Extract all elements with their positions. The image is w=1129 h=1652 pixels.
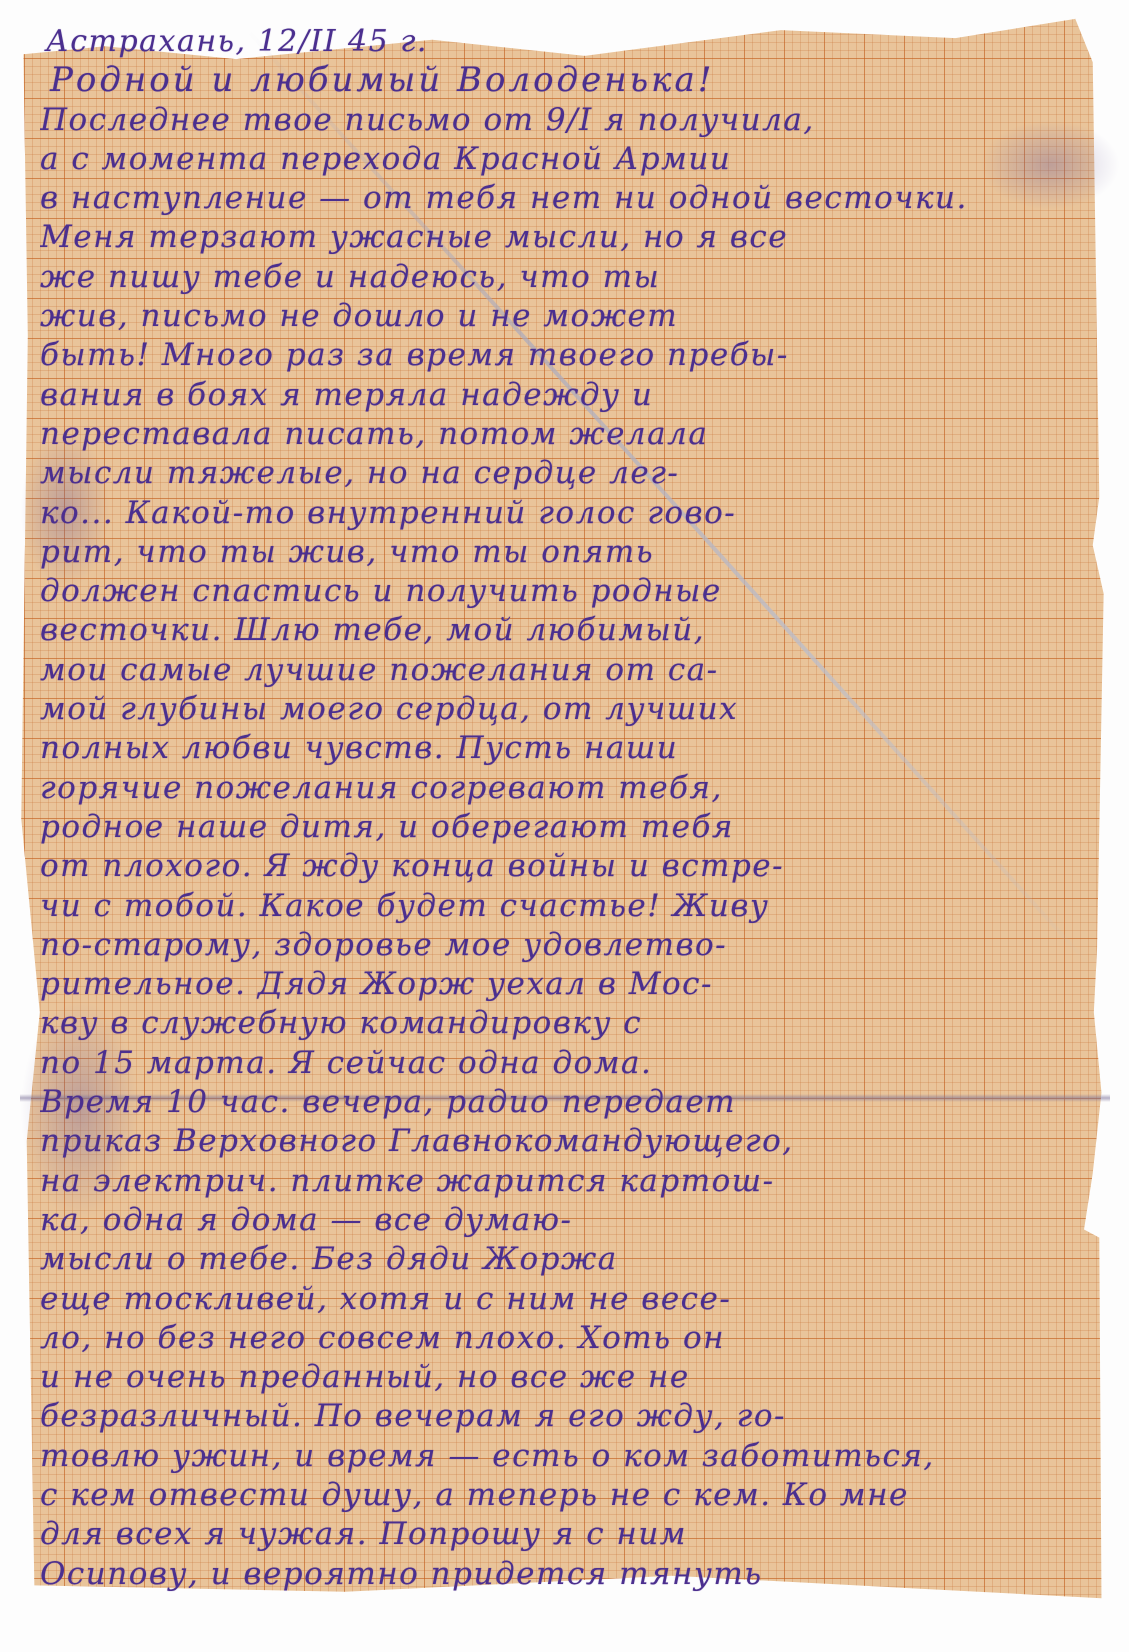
letter-line: переставала писать, потом желала	[40, 415, 1100, 454]
letter-line: и не очень преданный, но все же не	[40, 1358, 1100, 1397]
letter-line: мысли о тебе. Без дяди Жоржа	[40, 1240, 1100, 1279]
letter-line: безразличный. По вечерам я его жду, го-	[40, 1397, 1100, 1436]
letter-line: ка, одна я дома — все думаю-	[40, 1201, 1100, 1240]
letter-line: Время 10 час. вечера, радио передает	[40, 1083, 1100, 1122]
letter-line: товлю ужин, и время — есть о ком заботит…	[40, 1437, 1100, 1476]
letter-line: жив, письмо не дошло и не может	[40, 297, 1100, 336]
letter-line: весточки. Шлю тебе, мой любимый,	[40, 611, 1100, 650]
letter-line: ло, но без него совсем плохо. Хоть он	[40, 1319, 1100, 1358]
letter-line: рительное. Дядя Жорж уехал в Мос-	[40, 965, 1100, 1004]
letter-line: в наступление — от тебя нет ни одной вес…	[40, 179, 1100, 218]
letter-line: на электрич. плитке жарится картош-	[40, 1162, 1100, 1201]
letter-line: от плохого. Я жду конца войны и встре-	[40, 847, 1100, 886]
letter-line: мысли тяжелые, но на сердце лег-	[40, 454, 1100, 493]
letter-line: быть! Много раз за время твоего пребы-	[40, 336, 1100, 375]
letter-greeting: Родной и любимый Володенька!	[40, 61, 1100, 100]
letter-line: Осипову, и вероятно придется тянуть	[40, 1555, 1100, 1594]
letter-line: вания в боях я теряла надежду и	[40, 376, 1100, 415]
letter-line: горячие пожелания согревают тебя,	[40, 769, 1100, 808]
letter-line: ко... Какой-то внутренний голос гово-	[40, 494, 1100, 533]
letter-line: а с момента перехода Красной Армии	[40, 140, 1100, 179]
letter-line: Последнее твое письмо от 9/I я получила,	[40, 101, 1100, 140]
letter-line: Меня терзают ужасные мысли, но я все	[40, 218, 1100, 257]
letter-line: кву в служебную командировку с	[40, 1004, 1100, 1043]
letter-line: для всех я чужая. Попрошу я с ним	[40, 1515, 1100, 1554]
letter-line: мой глубины моего сердца, от лучших	[40, 690, 1100, 729]
letter-line: мои самые лучшие пожелания от са-	[40, 651, 1100, 690]
letter-line: же пишу тебе и надеюсь, что ты	[40, 258, 1100, 297]
letter-place-date: Астрахань, 12/II 45 г.	[40, 22, 1100, 61]
letter-line: должен спастись и получить родные	[40, 572, 1100, 611]
letter-line: еще тоскливей, хотя и с ним не весе-	[40, 1280, 1100, 1319]
letter-line: по 15 марта. Я сейчас одна дома.	[40, 1044, 1100, 1083]
letter-line: с кем отвести душу, а теперь не с кем. К…	[40, 1476, 1100, 1515]
letter-line: по-старому, здоровье мое удовлетво-	[40, 926, 1100, 965]
letter-line: родное наше дитя, и оберегают тебя	[40, 808, 1100, 847]
letter-line: полных любви чувств. Пусть наши	[40, 729, 1100, 768]
letter-line: чи с тобой. Какое будет счастье! Живу	[40, 887, 1100, 926]
letter-body: Астрахань, 12/II 45 г. Родной и любимый …	[40, 22, 1100, 1594]
letter-line: рит, что ты жив, что ты опять	[40, 533, 1100, 572]
letter-line: приказ Верховного Главнокомандующего,	[40, 1122, 1100, 1161]
